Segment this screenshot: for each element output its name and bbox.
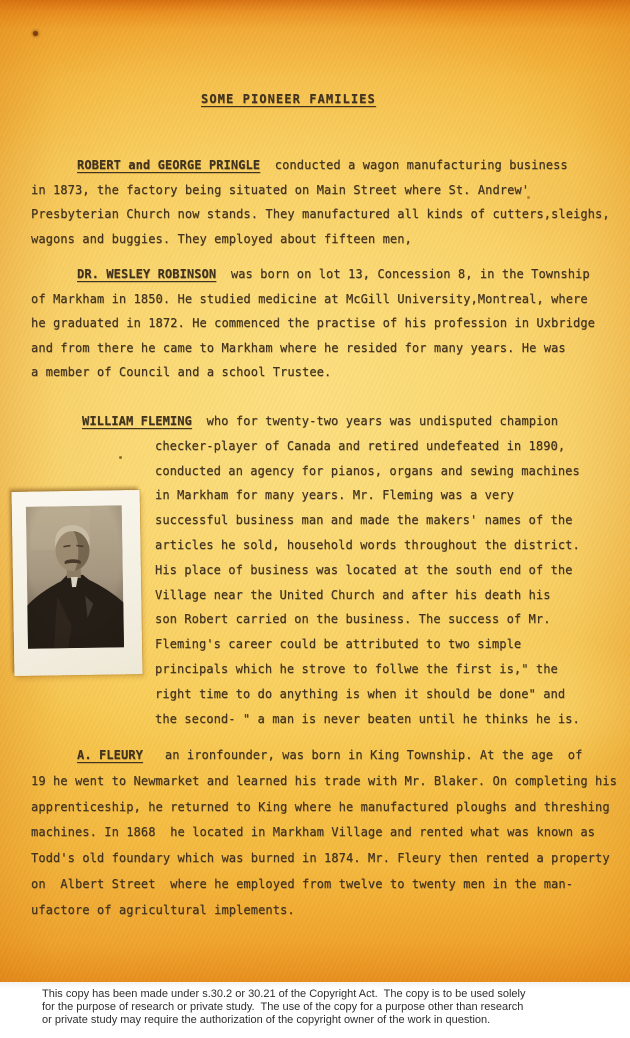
- heading-robinson: DR. WESLEY ROBINSON: [77, 267, 216, 281]
- portrait-illustration: [26, 505, 124, 648]
- paragraph-pringle: ROBERT and GEORGE PRINGLE conducted a wa…: [31, 153, 623, 251]
- paragraph-robinson-text: was born on lot 13, Concession 8, in the…: [31, 267, 595, 379]
- paragraph-fleury-text: an ironfounder, was born in King Townshi…: [31, 748, 617, 917]
- paper-stain-dot: [119, 456, 122, 459]
- paragraph-fleury: A. FLEURY an ironfounder, was born in Ki…: [31, 743, 626, 924]
- portrait-photo-william-fleming: [26, 505, 124, 648]
- mounted-photograph: [12, 490, 143, 676]
- heading-fleury: A. FLEURY: [77, 748, 143, 762]
- heading-pringle: ROBERT and GEORGE PRINGLE: [77, 158, 260, 172]
- paragraph-fleming: WILLIAM FLEMING who for twenty-two years…: [155, 409, 615, 731]
- paragraph-robinson: DR. WESLEY ROBINSON was born on lot 13, …: [31, 262, 623, 385]
- copyright-notice-strip: This copy has been made under s.30.2 or …: [0, 982, 630, 1038]
- copyright-notice-text: This copy has been made under s.30.2 or …: [42, 988, 525, 1027]
- paper-stain-dot: [33, 31, 38, 36]
- heading-fleming: WILLIAM FLEMING: [82, 414, 192, 428]
- aged-paper-page: SOME PIONEER FAMILIES ROBERT and GEORGE …: [0, 0, 630, 982]
- page-title: SOME PIONEER FAMILIES: [201, 92, 376, 106]
- paragraph-fleming-text: who for twenty-two years was undisputed …: [155, 414, 580, 726]
